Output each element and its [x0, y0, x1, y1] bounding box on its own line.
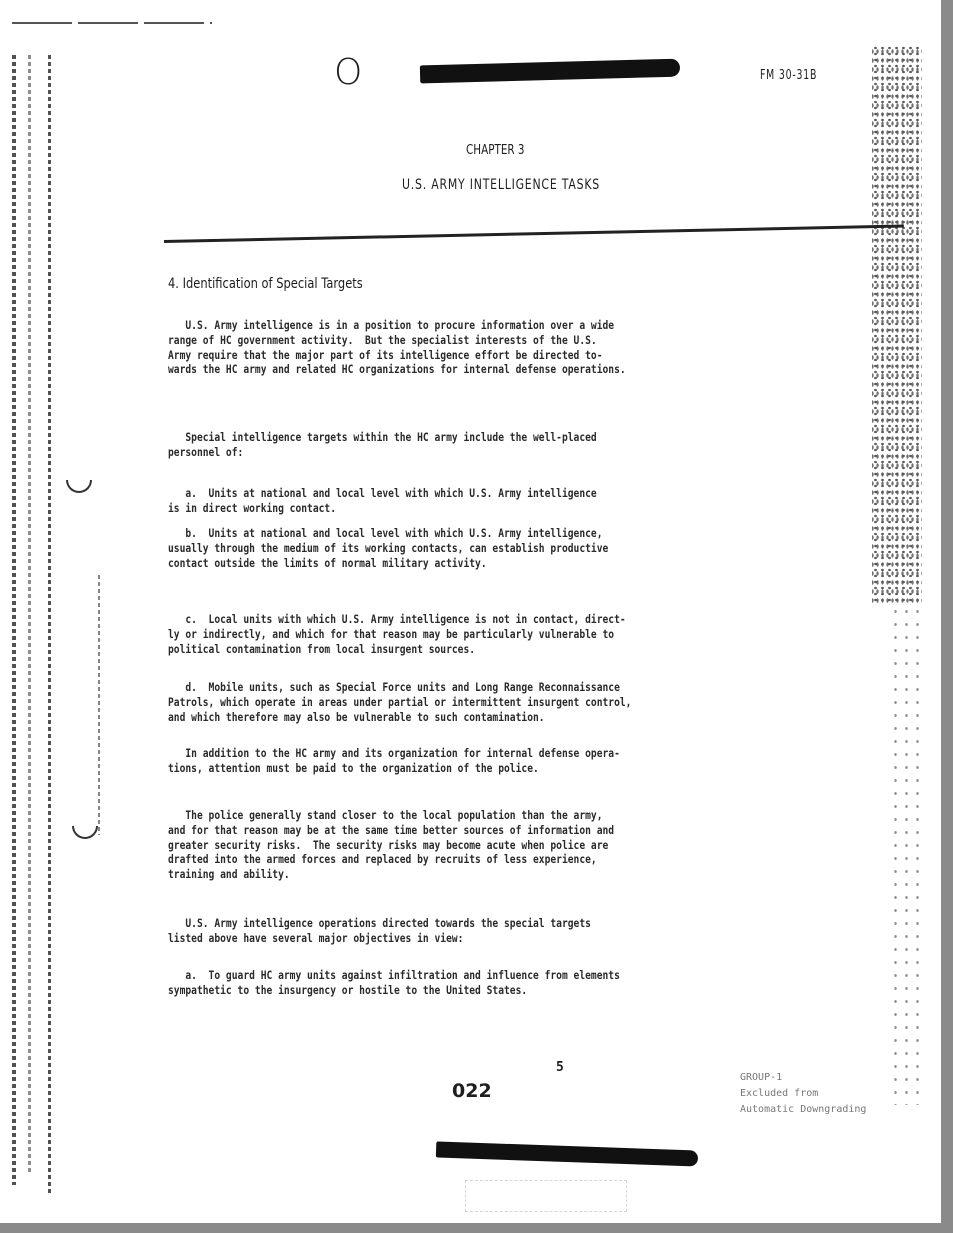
- paragraph: a. Units at national and local level wit…: [168, 486, 907, 516]
- redaction-bar-top: [420, 59, 680, 84]
- paragraph: b. Units at national and local level wit…: [168, 526, 907, 570]
- chapter-title: U.S. ARMY INTELLIGENCE TASKS: [402, 177, 600, 193]
- top-edge-rule: [12, 22, 212, 24]
- paragraph: Special intelligence targets within the …: [168, 430, 907, 460]
- paragraph: a. To guard HC army units against infilt…: [168, 968, 907, 998]
- faded-stamp: [465, 1180, 627, 1212]
- document-id: FM 30-31B: [760, 68, 817, 83]
- paragraph: c. Local units with which U.S. Army inte…: [168, 612, 907, 656]
- paragraph: U.S. Army intelligence is in a position …: [168, 318, 907, 377]
- scanned-page: O FM 30-31B CHAPTER 3 U.S. ARMY INTELLIG…: [0, 0, 941, 1223]
- paragraph: The police generally stand closer to the…: [168, 808, 907, 882]
- group-stamp: GROUP-1 Excluded from Automatic Downgrad…: [740, 1070, 866, 1118]
- punch-hole-mark: [72, 826, 98, 839]
- binding-edge: [28, 55, 31, 1175]
- section-heading: 4. Identification of Special Targets: [168, 276, 363, 292]
- binding-edge: [48, 55, 51, 1195]
- circle-mark: O: [334, 52, 362, 93]
- frame-number: 022: [452, 1080, 492, 1102]
- scan-border-bottom: [0, 1223, 953, 1233]
- binding-edge: [98, 575, 100, 835]
- binding-edge: [12, 55, 16, 1185]
- scan-border-right: [941, 0, 953, 1233]
- paragraph: U.S. Army intelligence operations direct…: [168, 916, 907, 946]
- page-number: 5: [556, 1060, 564, 1075]
- header-rule: [164, 225, 904, 243]
- redaction-bar-bottom: [436, 1141, 698, 1166]
- paragraph: d. Mobile units, such as Special Force u…: [168, 680, 907, 724]
- chapter-label: CHAPTER 3: [466, 143, 525, 158]
- paragraph: In addition to the HC army and its organ…: [168, 746, 907, 776]
- punch-hole-mark: [66, 480, 92, 493]
